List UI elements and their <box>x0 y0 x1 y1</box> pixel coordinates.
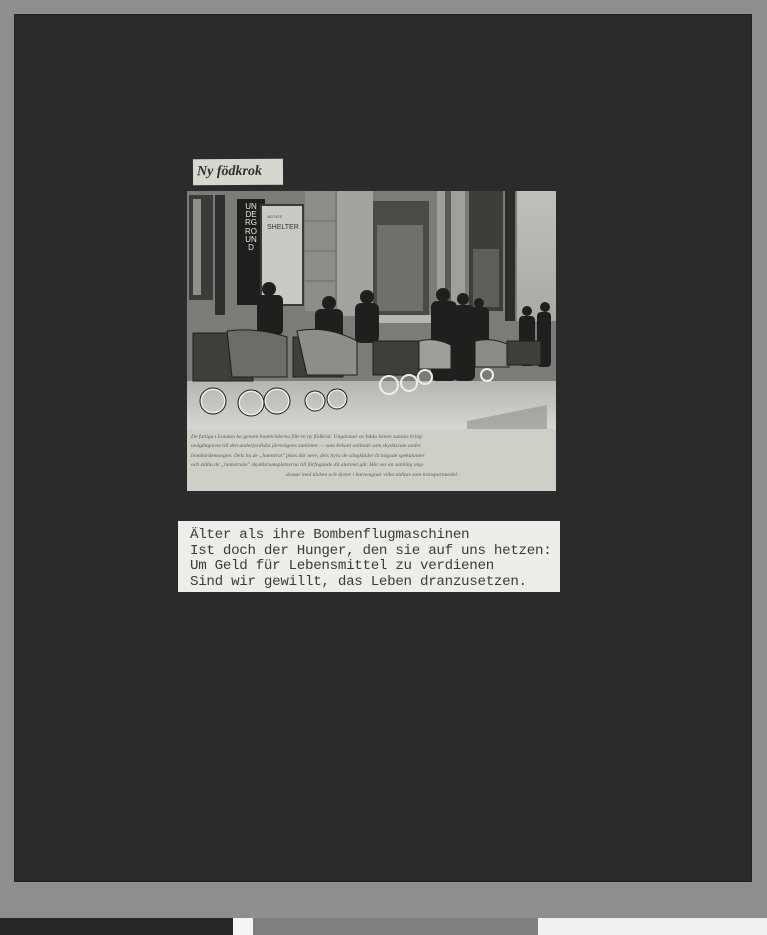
calibration-strip-black <box>0 918 233 935</box>
typewritten-verse-card: Älter als ihre Bombenflugmaschinen Ist d… <box>178 521 560 592</box>
caption-line: De fattiga i London ha genom bombräderna… <box>191 433 553 442</box>
calibration-strip-gray <box>253 918 538 935</box>
verse-line: Älter als ihre Bombenflugmaschinen <box>190 528 560 544</box>
headline-clipping: Ny födkrok <box>193 159 283 185</box>
newspaper-clipping: NOTICE SHELTER <box>187 191 556 491</box>
caption-line: bombardemangen. Dels ha de „hamstrat" pl… <box>191 452 553 461</box>
verse-line: Sind wir gewillt, das Leben dranzusetzen… <box>190 575 560 591</box>
caption-line: nedgångarna till den underjordiska järnv… <box>191 442 553 451</box>
press-photo: NOTICE SHELTER <box>187 191 556 429</box>
caption-line: domar med täcken och dynor i barnvagnar … <box>191 471 553 480</box>
calibration-strip-white <box>233 918 253 935</box>
verse-line: Um Geld für Lebensmittel zu verdienen <box>190 559 560 575</box>
underground-sign: UNDERGROUND <box>243 203 259 252</box>
caption-line: och ställa de „hamstrade" skyddsrumsplat… <box>191 461 553 470</box>
verse-line: Ist doch der Hunger, den sie auf uns het… <box>190 544 560 560</box>
photo-caption: De fattiga i London ha genom bombräderna… <box>191 433 553 480</box>
svg-text:SHELTER: SHELTER <box>267 224 299 231</box>
svg-text:NOTICE: NOTICE <box>267 214 282 219</box>
calibration-strip-light <box>538 918 767 935</box>
headline-text: Ny födkrok <box>197 164 262 179</box>
